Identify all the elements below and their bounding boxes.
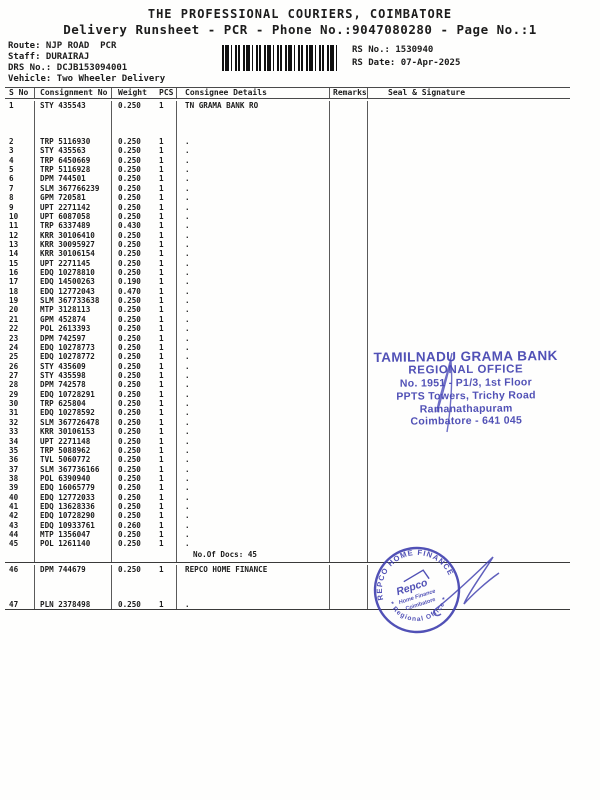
grama-stamp-line: Coimbatore - 641 045 xyxy=(366,414,566,429)
cell-remarks xyxy=(330,539,368,548)
cell-pcs: 1 xyxy=(152,334,164,343)
cell-consignee: . xyxy=(177,390,330,399)
cell-seal-signature xyxy=(368,249,570,258)
cell-weight-pcs: 0.2501 xyxy=(112,165,177,174)
cell-consignee: . xyxy=(177,315,330,324)
cell-sno: 15 xyxy=(5,259,35,268)
cell-weight-pcs: 0.2501 xyxy=(112,465,177,474)
cell-remarks xyxy=(330,156,368,165)
cell-remarks xyxy=(330,315,368,324)
cell-sno: 4 xyxy=(5,156,35,165)
cell-weight: 0.250 xyxy=(112,427,152,436)
cell-sno: 14 xyxy=(5,249,35,258)
cell-consignee: . xyxy=(177,600,330,609)
cell-sno: 13 xyxy=(5,240,35,249)
cell-remarks xyxy=(330,437,368,446)
cell-weight: 0.250 xyxy=(112,455,152,464)
cell-weight: 0.250 xyxy=(112,446,152,455)
table-row: 45POL 12611400.2501. xyxy=(5,539,570,548)
cell-seal-signature xyxy=(368,165,570,174)
table-row: 37SLM 3677361660.2501. xyxy=(5,465,570,474)
cell-consignment-no: EDQ 13628336 xyxy=(35,502,112,511)
cell-seal-signature xyxy=(368,212,570,221)
cell-consignee: . xyxy=(177,334,330,343)
cell-consignment-no: STY 435609 xyxy=(35,362,112,371)
cell-remarks xyxy=(330,334,368,343)
cell-sno: 2 xyxy=(5,137,35,146)
cell-weight-pcs: 0.2501 xyxy=(112,390,177,399)
cell-consignment-no: GPM 452874 xyxy=(35,315,112,324)
cell-remarks xyxy=(330,380,368,389)
cell-weight-pcs: 0.2501 xyxy=(112,334,177,343)
cell-pcs: 1 xyxy=(152,221,164,230)
shipment-info-right: RS No.: 1530940RS Date: 07-Apr-2025 xyxy=(352,44,460,69)
cell-weight-pcs: 0.2501 xyxy=(112,371,177,380)
table-row: 6DPM 7445010.2501. xyxy=(5,174,570,183)
cell-sno: 44 xyxy=(5,530,35,539)
table-row: 21GPM 4528740.2501. xyxy=(5,315,570,324)
info-line: Vehicle: Two Wheeler Delivery xyxy=(8,74,165,85)
cell-weight-pcs: 0.2501 xyxy=(112,174,177,183)
cell-weight-pcs: 0.2501 xyxy=(112,296,177,305)
info-label: Staff: xyxy=(8,52,41,62)
cell-remarks xyxy=(330,305,368,314)
cell-weight: 0.250 xyxy=(112,511,152,520)
cell-consignment-no: DPM 744501 xyxy=(35,174,112,183)
cell-remarks xyxy=(330,249,368,258)
table-row: 11TRP 63374890.4301. xyxy=(5,221,570,230)
cell-remarks xyxy=(330,277,368,286)
cell-seal-signature xyxy=(368,137,570,146)
cell-consignee: . xyxy=(177,474,330,483)
cell-pcs: 1 xyxy=(152,418,164,427)
table-row: 19SLM 3677336380.2501. xyxy=(5,296,570,305)
cell-weight: 0.250 xyxy=(112,474,152,483)
table-row: 7SLM 3677662390.2501. xyxy=(5,184,570,193)
cell-sno: 17 xyxy=(5,277,35,286)
cell-weight-pcs: 0.2501 xyxy=(112,530,177,539)
table-row: 4TRP 64506690.2501. xyxy=(5,156,570,165)
cell-consignee: . xyxy=(177,174,330,183)
table-row: 5TRP 51169280.2501. xyxy=(5,165,570,174)
cell-weight: 0.250 xyxy=(112,296,152,305)
cell-consignee: . xyxy=(177,352,330,361)
cell-weight: 0.250 xyxy=(112,493,152,502)
cell-seal-signature xyxy=(368,437,570,446)
cell-pcs: 1 xyxy=(152,156,164,165)
cell-consignment-no: EDQ 10728291 xyxy=(35,390,112,399)
cell-consignment-no: SLM 367736166 xyxy=(35,465,112,474)
cell-pcs: 1 xyxy=(152,240,164,249)
cell-pcs: 1 xyxy=(152,437,164,446)
cell-pcs: 1 xyxy=(152,305,164,314)
info-value: Two Wheeler Delivery xyxy=(51,74,165,84)
cell-consignment-no: EDQ 10278592 xyxy=(35,408,112,417)
cell-weight: 0.250 xyxy=(112,362,152,371)
cell-consignment-no: DPM 742578 xyxy=(35,380,112,389)
cell-remarks xyxy=(330,521,368,530)
cell-pcs: 1 xyxy=(152,565,164,601)
cell-consignment-no: TRP 5088962 xyxy=(35,446,112,455)
cell-consignment-no xyxy=(35,549,112,562)
cell-consignee: . xyxy=(177,371,330,380)
cell-weight: 0.470 xyxy=(112,287,152,296)
cell-sno: 26 xyxy=(5,362,35,371)
cell-consignment-no: EDQ 16065779 xyxy=(35,483,112,492)
cell-consignee: . xyxy=(177,502,330,511)
cell-weight: 0.250 xyxy=(112,352,152,361)
cell-pcs: 1 xyxy=(152,296,164,305)
cell-weight-pcs: 0.2501 xyxy=(112,437,177,446)
cell-remarks xyxy=(330,399,368,408)
cell-weight-pcs: 0.2501 xyxy=(112,455,177,464)
cell-seal-signature xyxy=(368,493,570,502)
cell-weight-pcs: 0.2501 xyxy=(112,268,177,277)
table-row: 10UPT 60870580.2501. xyxy=(5,212,570,221)
cell-seal-signature xyxy=(368,465,570,474)
info-value: NJP ROAD PCR xyxy=(41,41,117,51)
cell-remarks xyxy=(330,146,368,155)
cell-consignee: . xyxy=(177,511,330,520)
tamilnadu-grama-bank-stamp: TAMILNADU GRAMA BANKREGIONAL OFFICENo. 1… xyxy=(366,348,567,429)
cell-sno: 18 xyxy=(5,287,35,296)
col-header-consignee: Consignee Details xyxy=(177,88,330,98)
cell-weight: 0.250 xyxy=(112,334,152,343)
cell-remarks xyxy=(330,511,368,520)
cell-weight-pcs: 0.4701 xyxy=(112,287,177,296)
cell-sno: 10 xyxy=(5,212,35,221)
cell-pcs: 1 xyxy=(152,231,164,240)
cell-weight: 0.250 xyxy=(112,465,152,474)
cell-weight-pcs: 0.2501 xyxy=(112,446,177,455)
cell-consignee: . xyxy=(177,296,330,305)
cell-sno: 16 xyxy=(5,268,35,277)
cell-pcs: 1 xyxy=(152,287,164,296)
docs-count-note: No.Of Docs: 45 xyxy=(177,549,330,562)
cell-pcs: 1 xyxy=(152,249,164,258)
cell-weight-pcs: 0.2501 xyxy=(112,212,177,221)
info-label: RS Date: xyxy=(352,58,395,68)
table-row: 2TRP 51169300.2501. xyxy=(5,137,570,146)
info-line: Route: NJP ROAD PCR xyxy=(8,41,165,52)
cell-pcs: 1 xyxy=(152,446,164,455)
cell-consignee: . xyxy=(177,184,330,193)
cell-sno: 6 xyxy=(5,174,35,183)
cell-remarks xyxy=(330,193,368,202)
cell-weight: 0.250 xyxy=(112,184,152,193)
cell-weight-pcs: 0.2501 xyxy=(112,418,177,427)
col-header-weight-pcs: Weight PCS xyxy=(112,88,177,98)
cell-weight-pcs: 0.2501 xyxy=(112,502,177,511)
table-row: 33KRR 301061530.2501. xyxy=(5,427,570,436)
cell-remarks xyxy=(330,530,368,539)
cell-weight: 0.250 xyxy=(112,212,152,221)
cell-pcs: 1 xyxy=(152,212,164,221)
cell-remarks xyxy=(330,465,368,474)
cell-consignment-no: POL 6390940 xyxy=(35,474,112,483)
cell-consignment-no: UPT 6087058 xyxy=(35,212,112,221)
info-value: DURAIRAJ xyxy=(41,52,90,62)
cell-consignee: . xyxy=(177,455,330,464)
cell-seal-signature xyxy=(368,240,570,249)
shipment-info-left: Route: NJP ROAD PCRStaff: DURAIRAJDRS No… xyxy=(8,41,165,85)
cell-consignee: . xyxy=(177,446,330,455)
cell-consignment-no: UPT 2271145 xyxy=(35,259,112,268)
cell-pcs: 1 xyxy=(152,101,164,137)
cell-weight: 0.250 xyxy=(112,137,152,146)
cell-seal-signature xyxy=(368,221,570,230)
cell-consignee: . xyxy=(177,483,330,492)
cell-weight-pcs: 0.4301 xyxy=(112,221,177,230)
cell-consignment-no: PLN 2378498 xyxy=(35,600,112,609)
cell-weight: 0.250 xyxy=(112,380,152,389)
cell-pcs: 1 xyxy=(152,465,164,474)
cell-pcs: 1 xyxy=(152,174,164,183)
table-header-row: S No Consignment No Weight PCS Consignee… xyxy=(5,87,570,99)
table-row: 14KRR 301061540.2501. xyxy=(5,249,570,258)
cell-remarks xyxy=(330,287,368,296)
cell-consignee: . xyxy=(177,521,330,530)
table-row: 1STY 4355430.2501TN GRAMA BANK RO xyxy=(5,99,570,137)
cell-consignment-no: TRP 6450669 xyxy=(35,156,112,165)
cell-weight: 0.430 xyxy=(112,221,152,230)
cell-pcs: 1 xyxy=(152,165,164,174)
cell-remarks xyxy=(330,502,368,511)
cell-consignment-no: MTP 1356047 xyxy=(35,530,112,539)
cell-consignee: . xyxy=(177,231,330,240)
cell-weight-pcs: 0.1901 xyxy=(112,277,177,286)
cell-weight-pcs: 0.2501 xyxy=(112,539,177,548)
cell-consignee: . xyxy=(177,408,330,417)
cell-remarks xyxy=(330,268,368,277)
cell-weight: 0.250 xyxy=(112,193,152,202)
cell-seal-signature xyxy=(368,521,570,530)
cell-weight-pcs: 0.2501 xyxy=(112,137,177,146)
cell-consignee: . xyxy=(177,203,330,212)
info-label: DRS No.: xyxy=(8,63,51,73)
cell-sno: 33 xyxy=(5,427,35,436)
cell-weight: 0.250 xyxy=(112,408,152,417)
cell-consignment-no: MTP 3128113 xyxy=(35,305,112,314)
cell-remarks xyxy=(330,446,368,455)
cell-consignment-no: STY 435543 xyxy=(35,101,112,137)
cell-seal-signature xyxy=(368,101,570,137)
cell-weight-pcs: 0.2501 xyxy=(112,324,177,333)
cell-consignment-no: STY 435563 xyxy=(35,146,112,155)
table-row: 46DPM 7446790.2501REPCO HOME FINANCE xyxy=(5,562,570,600)
cell-remarks xyxy=(330,474,368,483)
cell-weight: 0.250 xyxy=(112,390,152,399)
cell-remarks xyxy=(330,221,368,230)
cell-sno: 9 xyxy=(5,203,35,212)
info-label: Route: xyxy=(8,41,41,51)
docs-count-row: No.Of Docs: 45 xyxy=(5,549,570,562)
col-header-weight: Weight xyxy=(112,88,152,98)
cell-consignment-no: TRP 5116930 xyxy=(35,137,112,146)
cell-weight-pcs: 0.2501 xyxy=(112,203,177,212)
cell-weight-pcs: 0.2501 xyxy=(112,352,177,361)
cell-consignment-no: TRP 6337489 xyxy=(35,221,112,230)
cell-sno: 36 xyxy=(5,455,35,464)
cell-remarks xyxy=(330,362,368,371)
cell-pcs: 1 xyxy=(152,380,164,389)
cell-pcs: 1 xyxy=(152,277,164,286)
cell-consignment-no: DPM 744679 xyxy=(35,565,112,601)
cell-sno: 31 xyxy=(5,408,35,417)
cell-consignee: . xyxy=(177,259,330,268)
cell-consignment-no: TRP 5116928 xyxy=(35,165,112,174)
cell-consignment-no: POL 2613393 xyxy=(35,324,112,333)
cell-weight: 0.250 xyxy=(112,240,152,249)
cell-weight: 0.250 xyxy=(112,371,152,380)
cell-consignee: . xyxy=(177,137,330,146)
cell-sno: 39 xyxy=(5,483,35,492)
cell-consignee: . xyxy=(177,287,330,296)
cell-sno: 8 xyxy=(5,193,35,202)
cell-sno: 43 xyxy=(5,521,35,530)
cell-remarks xyxy=(330,296,368,305)
cell-seal-signature xyxy=(368,324,570,333)
cell-weight: 0.250 xyxy=(112,343,152,352)
cell-weight: 0.250 xyxy=(112,231,152,240)
table-row: 15UPT 22711450.2501. xyxy=(5,259,570,268)
cell-seal-signature xyxy=(368,455,570,464)
cell-remarks xyxy=(330,324,368,333)
col-header-pcs: PCS xyxy=(152,88,173,98)
cell-consignment-no: SLM 367726478 xyxy=(35,418,112,427)
cell-weight-pcs: 0.2501 xyxy=(112,240,177,249)
cell-consignee: . xyxy=(177,539,330,548)
table-row: 36TVL 50607720.2501. xyxy=(5,455,570,464)
cell-consignee: . xyxy=(177,324,330,333)
info-line: DRS No.: DCJB153094001 xyxy=(8,63,165,74)
info-line: RS No.: 1530940 xyxy=(352,44,460,57)
cell-remarks xyxy=(330,231,368,240)
cell-weight-pcs: 0.2501 xyxy=(112,315,177,324)
cell-weight-pcs: 0.2501 xyxy=(112,259,177,268)
cell-remarks xyxy=(330,427,368,436)
cell-weight-pcs: 0.2501 xyxy=(112,146,177,155)
cell-weight: 0.250 xyxy=(112,101,152,137)
cell-weight: 0.250 xyxy=(112,399,152,408)
cell-pcs: 1 xyxy=(152,474,164,483)
cell-consignee: . xyxy=(177,399,330,408)
cell-weight-pcs: 0.2501 xyxy=(112,156,177,165)
table-row: 39EDQ 160657790.2501. xyxy=(5,483,570,492)
cell-seal-signature xyxy=(368,315,570,324)
cell-remarks xyxy=(330,418,368,427)
cell-remarks xyxy=(330,240,368,249)
cell-consignment-no: EDQ 10278772 xyxy=(35,352,112,361)
cell-remarks xyxy=(330,101,368,137)
table-row: 34UPT 22711480.2501. xyxy=(5,437,570,446)
cell-remarks xyxy=(330,184,368,193)
cell-seal-signature xyxy=(368,184,570,193)
cell-sno: 30 xyxy=(5,399,35,408)
cell-sno: 29 xyxy=(5,390,35,399)
cell-pcs: 1 xyxy=(152,146,164,155)
cell-weight: 0.250 xyxy=(112,259,152,268)
cell-sno: 5 xyxy=(5,165,35,174)
info-value: 1530940 xyxy=(390,45,433,55)
cell-consignment-no: TVL 5060772 xyxy=(35,455,112,464)
info-line: RS Date: 07-Apr-2025 xyxy=(352,57,460,70)
cell-seal-signature xyxy=(368,193,570,202)
cell-seal-signature xyxy=(368,483,570,492)
cell-consignee: . xyxy=(177,165,330,174)
cell-seal-signature xyxy=(368,511,570,520)
cell-weight: 0.190 xyxy=(112,277,152,286)
cell-sno: 38 xyxy=(5,474,35,483)
cell-sno: 7 xyxy=(5,184,35,193)
cell-sno: 21 xyxy=(5,315,35,324)
cell-seal-signature xyxy=(368,334,570,343)
cell-consignment-no: UPT 2271142 xyxy=(35,203,112,212)
cell-consignee: . xyxy=(177,277,330,286)
cell-consignee: . xyxy=(177,380,330,389)
cell-remarks xyxy=(330,259,368,268)
cell-seal-signature xyxy=(368,203,570,212)
cell-weight-pcs: 0.2501 xyxy=(112,343,177,352)
cell-consignment-no: KRR 30095927 xyxy=(35,240,112,249)
table-row: 20MTP 31281130.2501. xyxy=(5,305,570,314)
cell-consignee: . xyxy=(177,343,330,352)
cell-consignee: . xyxy=(177,493,330,502)
cell-sno: 12 xyxy=(5,231,35,240)
cell-seal-signature xyxy=(368,446,570,455)
table-row: 23DPM 7425970.2501. xyxy=(5,334,570,343)
table-row: 17EDQ 145002630.1901. xyxy=(5,277,570,286)
cell-sno: 25 xyxy=(5,352,35,361)
cell-consignment-no: EDQ 10278810 xyxy=(35,268,112,277)
cell-remarks xyxy=(330,455,368,464)
cell-sno: 11 xyxy=(5,221,35,230)
cell-sno xyxy=(5,549,35,562)
cell-consignment-no: TRP 625804 xyxy=(35,399,112,408)
cell-remarks xyxy=(330,137,368,146)
cell-weight-pcs: 0.2501 xyxy=(112,193,177,202)
cell-weight: 0.250 xyxy=(112,600,152,609)
cell-sno: 3 xyxy=(5,146,35,155)
table-row: 43EDQ 109337610.2601. xyxy=(5,521,570,530)
cell-weight: 0.250 xyxy=(112,174,152,183)
cell-seal-signature xyxy=(368,305,570,314)
cell-sno: 24 xyxy=(5,343,35,352)
cell-pcs: 1 xyxy=(152,352,164,361)
table-row: 47PLN 23784980.2501. xyxy=(5,600,570,609)
cell-seal-signature xyxy=(368,268,570,277)
cell-remarks xyxy=(330,483,368,492)
cell-seal-signature xyxy=(368,174,570,183)
col-header-consignment: Consignment No xyxy=(35,88,112,98)
cell-weight-pcs: 0.2601 xyxy=(112,521,177,530)
cell-seal-signature xyxy=(368,287,570,296)
cell-sno: 1 xyxy=(5,101,35,137)
cell-pcs: 1 xyxy=(152,521,164,530)
cell-pcs: 1 xyxy=(152,343,164,352)
table-row: 9UPT 22711420.2501. xyxy=(5,203,570,212)
info-label: RS No.: xyxy=(352,45,390,55)
cell-weight-pcs: 0.2501 xyxy=(112,231,177,240)
cell-weight-pcs: 0.2501 xyxy=(112,408,177,417)
cell-consignment-no: DPM 742597 xyxy=(35,334,112,343)
cell-consignment-no: KRR 30106410 xyxy=(35,231,112,240)
cell-pcs: 1 xyxy=(152,399,164,408)
cell-weight: 0.250 xyxy=(112,146,152,155)
cell-sno: 20 xyxy=(5,305,35,314)
cell-seal-signature xyxy=(368,146,570,155)
cell-weight: 0.250 xyxy=(112,268,152,277)
